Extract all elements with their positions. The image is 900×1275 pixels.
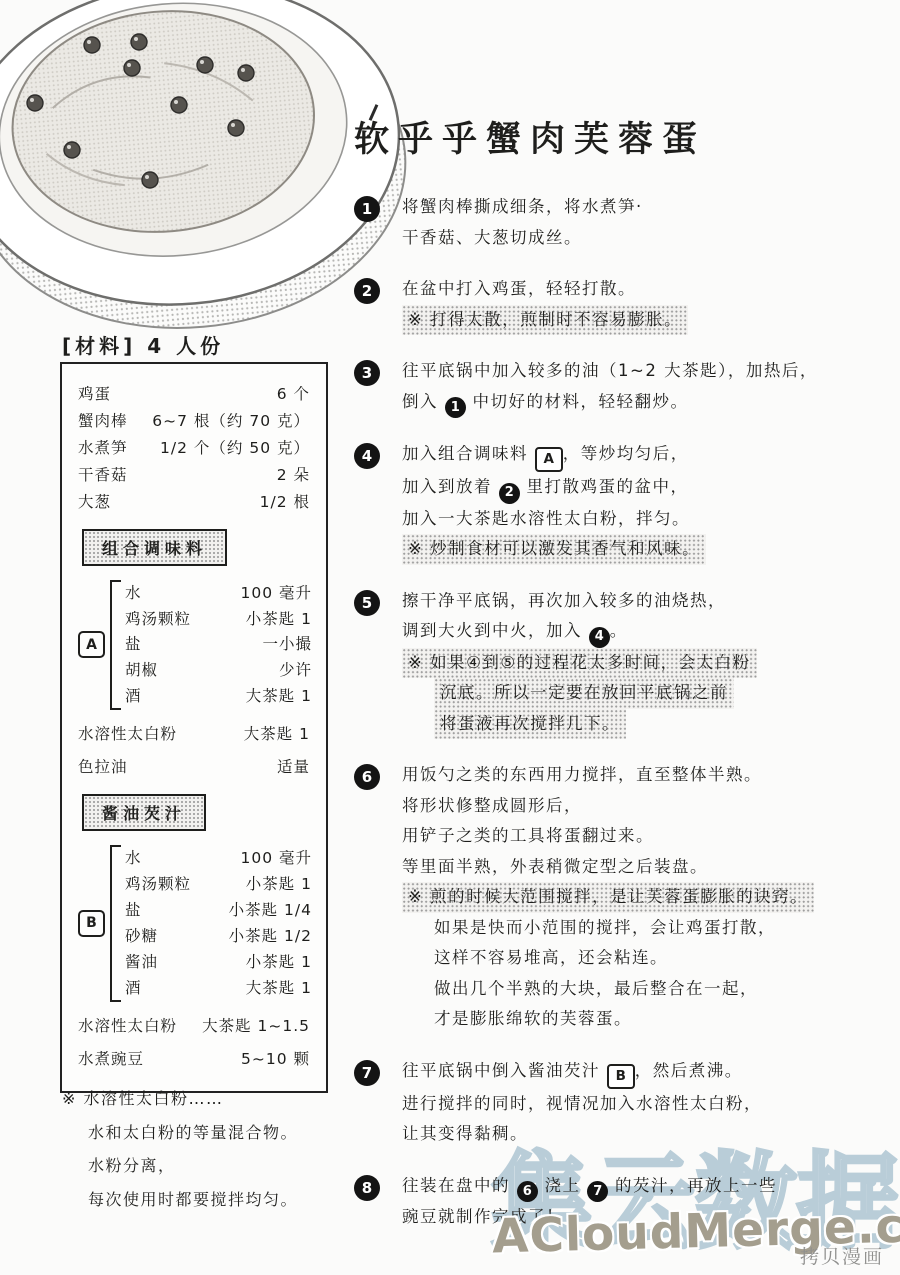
step-line: 将蟹肉棒撕成细条，将水煮笋· bbox=[402, 192, 643, 223]
crab-omelet-plate-drawing bbox=[0, 0, 410, 342]
inline-step-ref-circle: 4 bbox=[589, 627, 610, 648]
step-line: 将蛋液再次搅拌几下。 bbox=[434, 709, 626, 740]
step-line: 用铲子之类的工具将蛋翻过来。 bbox=[402, 821, 814, 852]
step-line: ※ 炒制食材可以激发其香气和风味。 bbox=[402, 534, 706, 565]
ingredient-amount: 适量 bbox=[277, 757, 310, 778]
step-line: 在盆中打入鸡蛋，轻轻打散。 bbox=[402, 274, 688, 305]
step-line: 进行搅拌的同时，视情况加入水溶性太白粉， bbox=[402, 1089, 762, 1120]
group-rows: 水100 毫升鸡汤颗粒小茶匙 1盐小茶匙 1/4砂糖小茶匙 1/2酱油小茶匙 1… bbox=[125, 843, 312, 1004]
footnote-line: 每次使用时都要搅拌均匀。 bbox=[88, 1183, 362, 1217]
step-number-badge: 3 bbox=[354, 360, 380, 386]
ingredient-name: 水 bbox=[125, 848, 142, 869]
step-number-badge: 6 bbox=[354, 764, 380, 790]
step: 2在盆中打入鸡蛋，轻轻打散。※ 打得太散，煎制时不容易膨胀。 bbox=[352, 274, 900, 335]
ingredient-amount: 小茶匙 1 bbox=[246, 609, 312, 630]
step-line: 倒入 1 中切好的材料，轻轻翻炒。 bbox=[402, 387, 818, 419]
group-label-wrap: B bbox=[78, 843, 105, 1004]
ingredient-row: 胡椒少许 bbox=[125, 660, 312, 681]
ingredient-amount: 一小撮 bbox=[262, 634, 312, 655]
group-bracket bbox=[110, 845, 121, 1002]
ingredient-name: 盐 bbox=[125, 900, 142, 921]
inline-seasoning-ref-box: B bbox=[607, 1064, 635, 1089]
ingredients-box: 鸡蛋6 个蟹肉棒6~7 根（约 70 克）水煮笋1/2 个（约 50 克）干香菇… bbox=[60, 362, 328, 1093]
recipe-page: 集云数据 [材料] 4 人份 鸡蛋6 个蟹肉棒6~7 根（约 70 克）水煮笋1… bbox=[0, 0, 900, 1275]
step-line: 往平底锅中倒入酱油芡汁 B，然后煮沸。 bbox=[402, 1056, 762, 1089]
section-header-wrap: 组合调味料 bbox=[82, 529, 312, 566]
step-line: 将形状修整成圆形后， bbox=[402, 791, 814, 822]
step-number-badge: 2 bbox=[354, 278, 380, 304]
step-line: 加入组合调味料 A，等炒均匀后， bbox=[402, 439, 706, 472]
step-line: 调到大火到中火，加入 4。 bbox=[402, 616, 757, 648]
step: 5擦干净平底锅，再次加入较多的油烧热，调到大火到中火，加入 4。※ 如果④到⑤的… bbox=[352, 586, 900, 740]
step-number-badge: 4 bbox=[354, 443, 380, 469]
ingredient-name: 鸡汤颗粒 bbox=[125, 874, 191, 895]
step-text: 用饭勺之类的东西用力搅拌，直至整体半熟。将形状修整成圆形后，用铲子之类的工具将蛋… bbox=[402, 760, 814, 1035]
ingredient-row: 水100 毫升 bbox=[125, 848, 312, 869]
ingredient-amount: 6~7 根（约 70 克） bbox=[152, 411, 310, 432]
step-line: 往装在盘中的 6 浇上 7 的芡汁，再放上一些 bbox=[402, 1171, 777, 1203]
ingredient-name: 砂糖 bbox=[125, 926, 158, 947]
step-line: 干香菇、大葱切成丝。 bbox=[402, 223, 643, 254]
group-letter-badge: B bbox=[78, 910, 105, 937]
step-text: 往平底锅中加入较多的油（1~2 大茶匙），加热后，倒入 1 中切好的材料，轻轻翻… bbox=[402, 356, 818, 418]
step-line: 如果是快而小范围的搅拌，会让鸡蛋打散， bbox=[434, 913, 814, 944]
ingredient-amount: 小茶匙 1/2 bbox=[229, 926, 312, 947]
ingredient-row: 鸡汤颗粒小茶匙 1 bbox=[125, 609, 312, 630]
step-line: 用饭勺之类的东西用力搅拌，直至整体半熟。 bbox=[402, 760, 814, 791]
ingredient-name: 酒 bbox=[125, 978, 142, 999]
plate-illustration bbox=[0, 0, 410, 346]
step-line: 让其变得黏稠。 bbox=[402, 1119, 762, 1150]
inline-step-ref-circle: 2 bbox=[499, 483, 520, 504]
footnote-line: ※ 水溶性太白粉…… bbox=[62, 1082, 362, 1116]
watermark-corner: 拷贝漫画 bbox=[800, 1242, 884, 1269]
step-line: ※ 煎的时候大范围搅拌，是让芙蓉蛋膨胀的诀窍。 bbox=[402, 882, 814, 913]
ingredient-amount: 6 个 bbox=[277, 384, 310, 405]
ingredient-row: 盐一小撮 bbox=[125, 634, 312, 655]
ingredient-amount: 1/2 个（约 50 克） bbox=[160, 438, 310, 459]
ingredient-row: 水煮笋1/2 个（约 50 克） bbox=[78, 438, 310, 459]
step: 6用饭勺之类的东西用力搅拌，直至整体半熟。将形状修整成圆形后，用铲子之类的工具将… bbox=[352, 760, 900, 1035]
ingredient-name: 大葱 bbox=[78, 492, 111, 513]
ingredient-row: 色拉油适量 bbox=[78, 757, 310, 778]
step-number-badge: 5 bbox=[354, 590, 380, 616]
ingredient-amount: 小茶匙 1 bbox=[246, 874, 312, 895]
ingredient-row: 鸡汤颗粒小茶匙 1 bbox=[125, 874, 312, 895]
step-line: ※ 打得太散，煎制时不容易膨胀。 bbox=[402, 305, 688, 336]
ingredient-name: 水煮笋 bbox=[78, 438, 128, 459]
ingredient-row: 盐小茶匙 1/4 bbox=[125, 900, 312, 921]
inline-seasoning-ref-box: A bbox=[535, 447, 563, 472]
ingredient-row: 干香菇2 朵 bbox=[78, 465, 310, 486]
starch-footnote: ※ 水溶性太白粉……水和太白粉的等量混合物。水粉分离，每次使用时都要搅拌均匀。 bbox=[62, 1082, 362, 1216]
step-line: 往平底锅中加入较多的油（1~2 大茶匙），加热后， bbox=[402, 356, 818, 387]
ingredient-amount: 1/2 根 bbox=[260, 492, 310, 513]
steps-list: 1将蟹肉棒撕成细条，将水煮笋·干香菇、大葱切成丝。2在盆中打入鸡蛋，轻轻打散。※… bbox=[352, 192, 900, 1233]
ingredient-row: 水溶性太白粉大茶匙 1 bbox=[78, 724, 310, 745]
ingredient-amount: 大茶匙 1~1.5 bbox=[202, 1016, 310, 1037]
group-bracket bbox=[110, 580, 121, 711]
ingredient-row: 水溶性太白粉大茶匙 1~1.5 bbox=[78, 1016, 310, 1037]
ingredient-amount: 少许 bbox=[279, 660, 312, 681]
step-number-badge: 8 bbox=[354, 1175, 380, 1201]
step: 1将蟹肉棒撕成细条，将水煮笋·干香菇、大葱切成丝。 bbox=[352, 192, 900, 253]
step-text: 加入组合调味料 A，等炒均匀后，加入到放着 2 里打散鸡蛋的盆中，加入一大茶匙水… bbox=[402, 439, 706, 565]
ingredient-name: 水溶性太白粉 bbox=[78, 724, 177, 745]
ingredient-name: 胡椒 bbox=[125, 660, 158, 681]
group-label-wrap: A bbox=[78, 578, 105, 713]
step-text: 将蟹肉棒撕成细条，将水煮笋·干香菇、大葱切成丝。 bbox=[402, 192, 643, 253]
group-letter-badge: A bbox=[78, 631, 105, 658]
step: 4加入组合调味料 A，等炒均匀后，加入到放着 2 里打散鸡蛋的盆中，加入一大茶匙… bbox=[352, 439, 900, 565]
step-line: 等里面半熟，外表稍微定型之后装盘。 bbox=[402, 852, 814, 883]
seasoning-group: A水100 毫升鸡汤颗粒小茶匙 1盐一小撮胡椒少许酒大茶匙 1 bbox=[76, 578, 312, 713]
ingredient-row: 酒大茶匙 1 bbox=[125, 978, 312, 999]
ingredient-row: 酱油小茶匙 1 bbox=[125, 952, 312, 973]
step-line: 这样不容易堆高，还会粘连。 bbox=[434, 943, 814, 974]
step-text: 在盆中打入鸡蛋，轻轻打散。※ 打得太散，煎制时不容易膨胀。 bbox=[402, 274, 688, 335]
ingredient-amount: 100 毫升 bbox=[240, 583, 312, 604]
ingredient-row: 酒大茶匙 1 bbox=[125, 686, 312, 707]
step-number-badge: 1 bbox=[354, 196, 380, 222]
group-rows: 水100 毫升鸡汤颗粒小茶匙 1盐一小撮胡椒少许酒大茶匙 1 bbox=[125, 578, 312, 713]
ingredient-row: 大葱1/2 根 bbox=[78, 492, 310, 513]
ingredient-name: 酒 bbox=[125, 686, 142, 707]
footnote-line: 水粉分离， bbox=[88, 1149, 362, 1183]
ingredient-name: 水 bbox=[125, 583, 142, 604]
step-line: 擦干净平底锅，再次加入较多的油烧热， bbox=[402, 586, 757, 617]
step-text: 往平底锅中倒入酱油芡汁 B，然后煮沸。进行搅拌的同时，视情况加入水溶性太白粉，让… bbox=[402, 1056, 762, 1150]
step-line: 加入一大茶匙水溶性太白粉，拌匀。 bbox=[402, 504, 706, 535]
ingredient-row: 蟹肉棒6~7 根（约 70 克） bbox=[78, 411, 310, 432]
materials-header: [材料] 4 人份 bbox=[62, 330, 224, 359]
step-line: 加入到放着 2 里打散鸡蛋的盆中， bbox=[402, 472, 706, 504]
ingredient-amount: 5~10 颗 bbox=[241, 1049, 310, 1070]
ingredient-name: 色拉油 bbox=[78, 757, 128, 778]
step-line: ※ 如果④到⑤的过程花太多时间，会太白粉 bbox=[402, 648, 757, 679]
ingredient-amount: 2 朵 bbox=[277, 465, 310, 486]
ingredient-row: 砂糖小茶匙 1/2 bbox=[125, 926, 312, 947]
ingredient-amount: 大茶匙 1 bbox=[246, 978, 312, 999]
ingredient-name: 水煮豌豆 bbox=[78, 1049, 144, 1070]
ingredient-name: 水溶性太白粉 bbox=[78, 1016, 177, 1037]
ingredient-name: 干香菇 bbox=[78, 465, 128, 486]
step-text: 擦干净平底锅，再次加入较多的油烧热，调到大火到中火，加入 4。※ 如果④到⑤的过… bbox=[402, 586, 757, 740]
ingredient-row: 水100 毫升 bbox=[125, 583, 312, 604]
ingredient-row: 水煮豌豆5~10 颗 bbox=[78, 1049, 310, 1070]
ingredient-name: 盐 bbox=[125, 634, 142, 655]
ingredient-amount: 小茶匙 1/4 bbox=[229, 900, 312, 921]
step: 7往平底锅中倒入酱油芡汁 B，然后煮沸。进行搅拌的同时，视情况加入水溶性太白粉，… bbox=[352, 1056, 900, 1150]
section-header-wrap: 酱油芡汁 bbox=[82, 794, 312, 831]
ingredient-amount: 大茶匙 1 bbox=[246, 686, 312, 707]
step-line: 做出几个半熟的大块，最后整合在一起， bbox=[434, 974, 814, 1005]
step-line: 沉底。所以一定要在放回平底锅之前 bbox=[434, 678, 734, 709]
ingredient-row: 鸡蛋6 个 bbox=[78, 384, 310, 405]
ingredient-name: 鸡蛋 bbox=[78, 384, 111, 405]
inline-step-ref-circle: 1 bbox=[445, 397, 466, 418]
section-header: 组合调味料 bbox=[82, 529, 227, 566]
ingredient-name: 鸡汤颗粒 bbox=[125, 609, 191, 630]
section-header: 酱油芡汁 bbox=[82, 794, 206, 831]
inline-step-ref-circle: 7 bbox=[587, 1181, 608, 1202]
ingredient-amount: 小茶匙 1 bbox=[246, 952, 312, 973]
seasoning-group: B水100 毫升鸡汤颗粒小茶匙 1盐小茶匙 1/4砂糖小茶匙 1/2酱油小茶匙 … bbox=[76, 843, 312, 1004]
ingredient-amount: 大茶匙 1 bbox=[244, 724, 310, 745]
ingredient-name: 蟹肉棒 bbox=[78, 411, 128, 432]
steps-column: 软乎乎蟹肉芙蓉蛋 1将蟹肉棒撕成细条，将水煮笋·干香菇、大葱切成丝。2在盆中打入… bbox=[352, 112, 900, 1254]
page-title: 软乎乎蟹肉芙蓉蛋 bbox=[354, 112, 900, 162]
footnote-line: 水和太白粉的等量混合物。 bbox=[88, 1116, 362, 1150]
step-line: 才是膨胀绵软的芙蓉蛋。 bbox=[434, 1004, 814, 1035]
inline-step-ref-circle: 6 bbox=[517, 1181, 538, 1202]
step: 3往平底锅中加入较多的油（1~2 大茶匙），加热后，倒入 1 中切好的材料，轻轻… bbox=[352, 356, 900, 418]
step-number-badge: 7 bbox=[354, 1060, 380, 1086]
ingredient-name: 酱油 bbox=[125, 952, 158, 973]
ingredient-amount: 100 毫升 bbox=[240, 848, 312, 869]
